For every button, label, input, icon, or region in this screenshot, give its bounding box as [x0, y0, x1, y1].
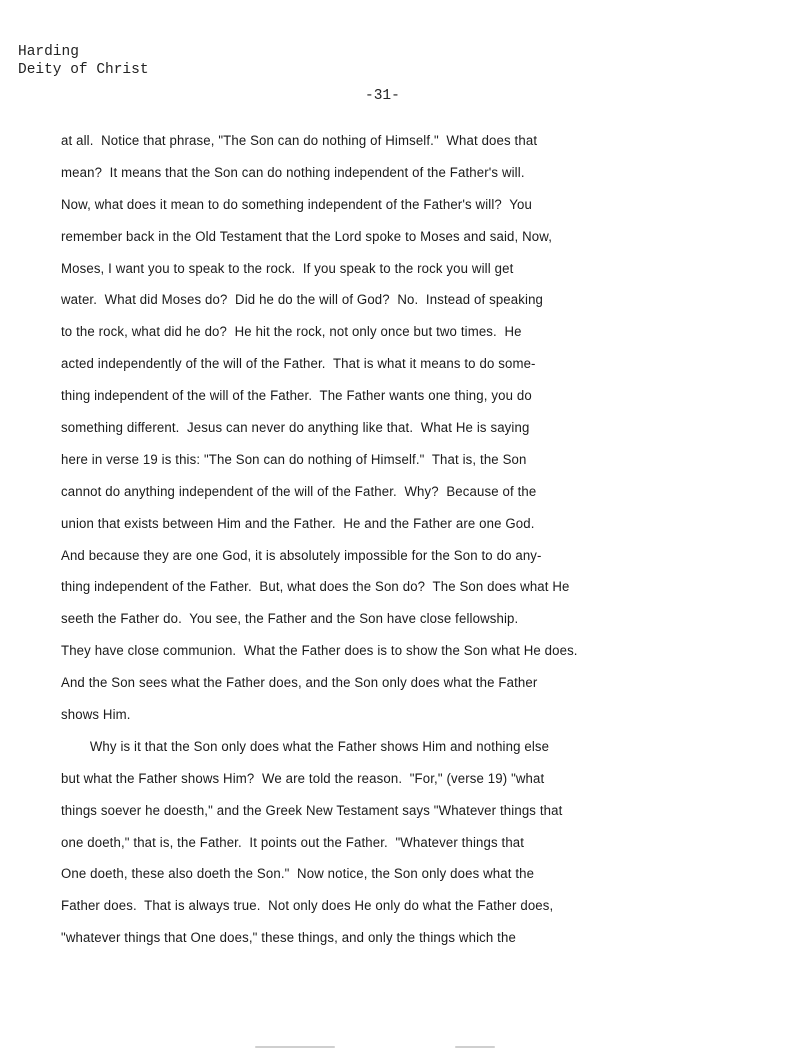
text-line: something different. Jesus can never do … [61, 418, 712, 450]
document-title: Deity of Christ [18, 61, 149, 79]
document-header: Harding Deity of Christ [18, 43, 149, 79]
text-line: seeth the Father do. You see, the Father… [61, 609, 712, 641]
text-line: shows Him. [61, 705, 712, 737]
body-text: at all. Notice that phrase, "The Son can… [61, 131, 761, 960]
page-number: -31- [365, 88, 400, 104]
text-line: Father does. That is always true. Not on… [61, 896, 712, 928]
text-line: at all. Notice that phrase, "The Son can… [61, 131, 712, 163]
text-line: And the Son sees what the Father does, a… [61, 673, 712, 705]
text-line: "whatever things that One does," these t… [61, 928, 712, 960]
text-line: And because they are one God, it is abso… [61, 546, 712, 578]
text-line: one doeth," that is, the Father. It poin… [61, 833, 712, 865]
paragraph: Why is it that the Son only does what th… [61, 737, 761, 960]
text-line: They have close communion. What the Fath… [61, 641, 712, 673]
text-line: Now, what does it mean to do something i… [61, 195, 712, 227]
scan-artifact [455, 1046, 495, 1048]
text-line: acted independently of the will of the F… [61, 354, 712, 386]
text-line: Why is it that the Son only does what th… [61, 737, 712, 769]
text-line: remember back in the Old Testament that … [61, 227, 712, 259]
text-line: to the rock, what did he do? He hit the … [61, 322, 712, 354]
text-line: here in verse 19 is this: "The Son can d… [61, 450, 712, 482]
text-line: water. What did Moses do? Did he do the … [61, 290, 712, 322]
text-line: thing independent of the Father. But, wh… [61, 577, 712, 609]
text-line: but what the Father shows Him? We are to… [61, 769, 712, 801]
paragraph: at all. Notice that phrase, "The Son can… [61, 131, 761, 737]
text-line: thing independent of the will of the Fat… [61, 386, 712, 418]
text-line: mean? It means that the Son can do nothi… [61, 163, 712, 195]
text-line: One doeth, these also doeth the Son." No… [61, 864, 712, 896]
author-name: Harding [18, 43, 149, 61]
scan-artifact [255, 1046, 335, 1048]
text-line: union that exists between Him and the Fa… [61, 514, 712, 546]
text-line: Moses, I want you to speak to the rock. … [61, 259, 712, 291]
text-line: cannot do anything independent of the wi… [61, 482, 712, 514]
text-line: things soever he doesth," and the Greek … [61, 801, 712, 833]
